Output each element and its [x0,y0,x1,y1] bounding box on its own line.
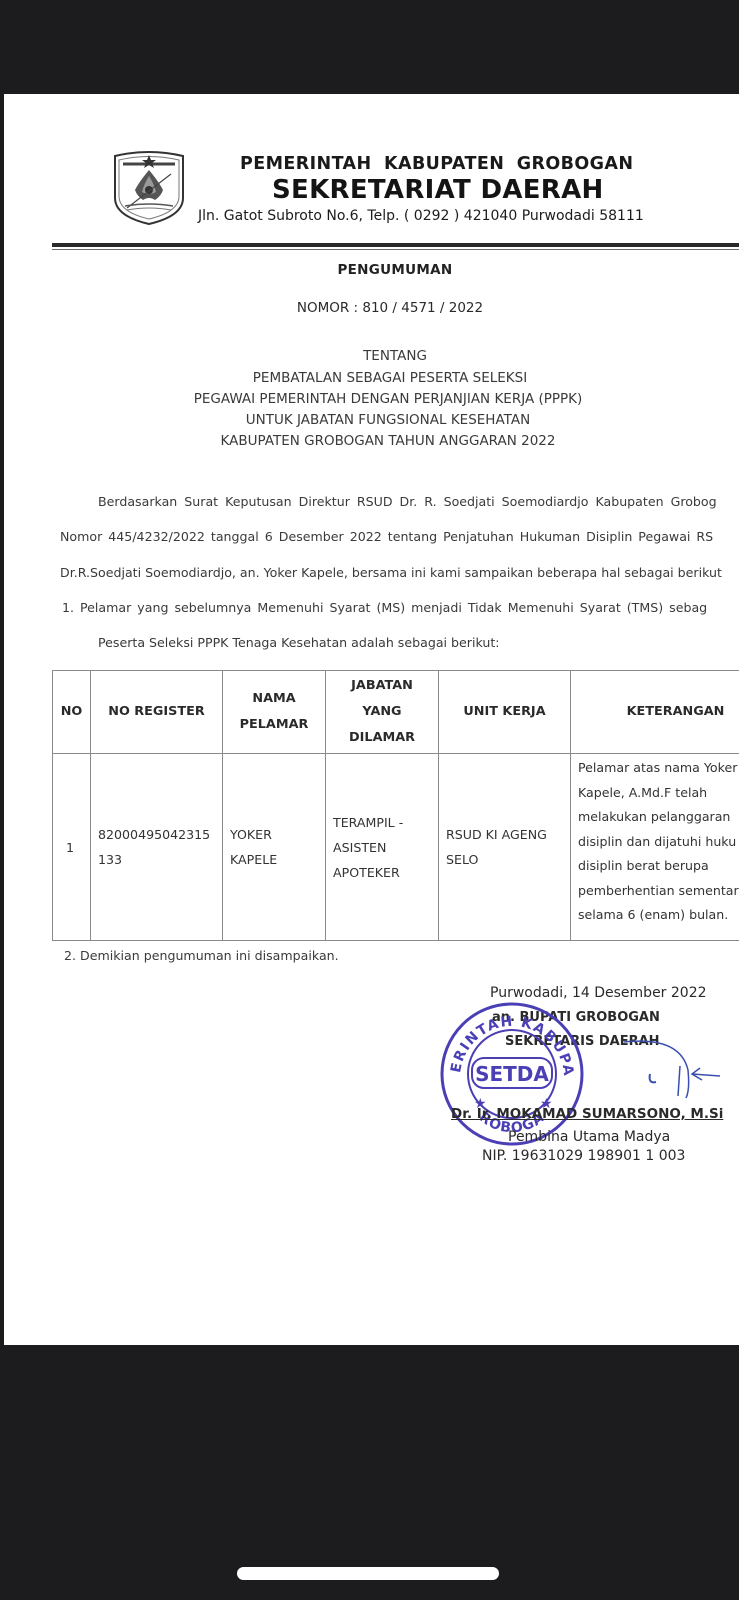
cell-nama: YOKERKAPELE [223,754,326,941]
grobogan-regency-crest-icon [109,146,189,226]
cell-no-register: 82000495042315133 [91,754,223,941]
about-heading: TENTANG [4,348,739,364]
letterhead-divider-thin [52,249,739,250]
header-no: NO [53,671,91,754]
body-paragraph-line: Nomor 445/4232/2022 tanggal 6 Desember 2… [60,529,713,544]
letterhead-government: PEMERINTAH KABUPATEN GROBOGAN [240,154,633,174]
cell-keterangan: Pelamar atas nama Yoker Kapele, A.Md.F t… [571,754,739,941]
about-line: PEGAWAI PEMERINTAH DENGAN PERJANJIAN KER… [4,391,739,407]
signatory-name: Dr. Ir. MOKAMAD SUMARSONO, M.Si [451,1106,723,1122]
point-1-line: 1. Pelamar yang sebelumnya Memenuhi Syar… [62,600,707,615]
body-paragraph-line: Dr.R.Soedjati Soemodiardjo, an. Yoker Ka… [60,565,722,580]
cell-unit-kerja: RSUD KI AGENGSELO [439,754,571,941]
header-nama-pelamar: NAMAPELAMAR [223,671,326,754]
applicant-table: NO NO REGISTER NAMAPELAMAR JABATANYANGDI… [52,670,739,941]
document-title: PENGUMUMAN [4,262,739,278]
point-1-line: Peserta Seleksi PPPK Tenaga Kesehatan ad… [98,635,500,650]
document-number: NOMOR : 810 / 4571 / 2022 [4,300,739,316]
header-keterangan: KETERANGAN [571,671,739,754]
home-indicator[interactable] [237,1567,499,1580]
point-2: 2. Demikian pengumuman ini disampaikan. [64,948,339,963]
letterhead-divider [52,243,739,247]
letterhead-office: SEKRETARIAT DAERAH [272,175,604,205]
signatory-nip: NIP. 19631029 198901 1 003 [482,1148,685,1164]
body-paragraph-line: Berdasarkan Surat Keputusan Direktur RSU… [98,494,717,509]
header-jabatan: JABATANYANGDILAMAR [326,671,439,754]
cell-no: 1 [53,754,91,941]
official-stamp-icon: PEMERINTAH KABUPATEN SETDA ★ ★ GROBOGAN [438,1000,586,1148]
signatory-rank: Pembina Utama Madya [508,1129,670,1145]
about-line: PEMBATALAN SEBAGAI PESERTA SELEKSI [4,370,739,386]
table-header-row: NO NO REGISTER NAMAPELAMAR JABATANYANGDI… [53,671,739,754]
letterhead-address: Jln. Gatot Subroto No.6, Telp. ( 0292 ) … [198,208,644,224]
cell-jabatan: TERAMPIL -ASISTENAPOTEKER [326,754,439,941]
about-line: KABUPATEN GROBOGAN TAHUN ANGGARAN 2022 [4,433,739,449]
document-page: PEMERINTAH KABUPATEN GROBOGAN SEKRETARIA… [4,94,739,1345]
svg-text:SETDA: SETDA [475,1062,549,1086]
table-row: 1 82000495042315133 YOKERKAPELE TERAMPIL… [53,754,739,941]
about-line: UNTUK JABATAN FUNGSIONAL KESEHATAN [4,412,739,428]
header-unit-kerja: UNIT KERJA [439,671,571,754]
header-no-register: NO REGISTER [91,671,223,754]
handwritten-signature [620,1040,730,1100]
signature-place-date: Purwodadi, 14 Desember 2022 [490,985,707,1001]
image-viewer: PEMERINTAH KABUPATEN GROBOGAN SEKRETARIA… [0,0,739,1600]
